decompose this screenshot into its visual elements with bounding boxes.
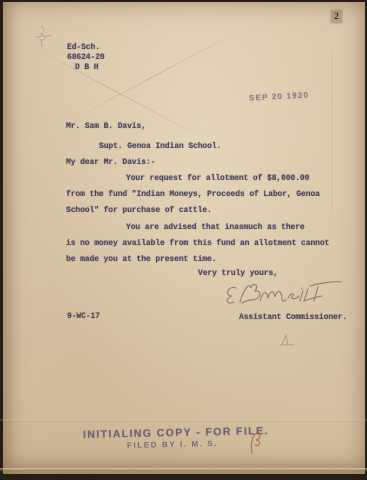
file-reference-line-3: D B H	[75, 63, 99, 73]
body-p1-line2: from the fund "Indian Moneys, Proceeds o…	[66, 190, 320, 200]
body-p2-line2: is no money available from this fund an …	[66, 239, 329, 249]
pencil-scribble-mark	[33, 25, 55, 49]
pencil-check-mark	[279, 333, 295, 349]
signature-handwriting	[222, 278, 344, 312]
filed-by-stamp: FILED BY I. M. S.	[127, 439, 218, 450]
body-p2-line1: You are advised that inasmuch as there	[126, 223, 305, 233]
vertical-crease	[330, 52, 332, 212]
file-reference-line-1: Ed-Sch.	[67, 43, 100, 53]
footer-file-reference: 9-WC-17	[67, 312, 100, 322]
letter-paper	[3, 2, 365, 474]
salutation: My dear Mr. Davis:-	[66, 158, 155, 168]
upper-fold-crease	[0, 419, 367, 422]
body-p1-line1: Your request for allotment of $8,000.00	[126, 174, 309, 184]
page-number-stamp: 2	[331, 10, 342, 23]
file-reference-line-2: 68624-20	[67, 53, 105, 63]
body-p2-line3: be made you at the present time.	[66, 255, 216, 265]
body-p1-line3: School" for purchase of cattle.	[66, 206, 212, 216]
recipient-title: Supt. Genoa Indian School.	[99, 142, 221, 152]
bottom-fold-crease	[0, 468, 367, 471]
document-photo: 2 Ed-Sch. 68624-20 D B H SEP 20 1920 Mr.…	[0, 0, 367, 480]
signature-title: Assistant Commissioner.	[239, 313, 347, 323]
handwritten-initial-mark	[247, 430, 265, 454]
recipient-name: Mr. Sam B. Davis,	[66, 122, 146, 132]
